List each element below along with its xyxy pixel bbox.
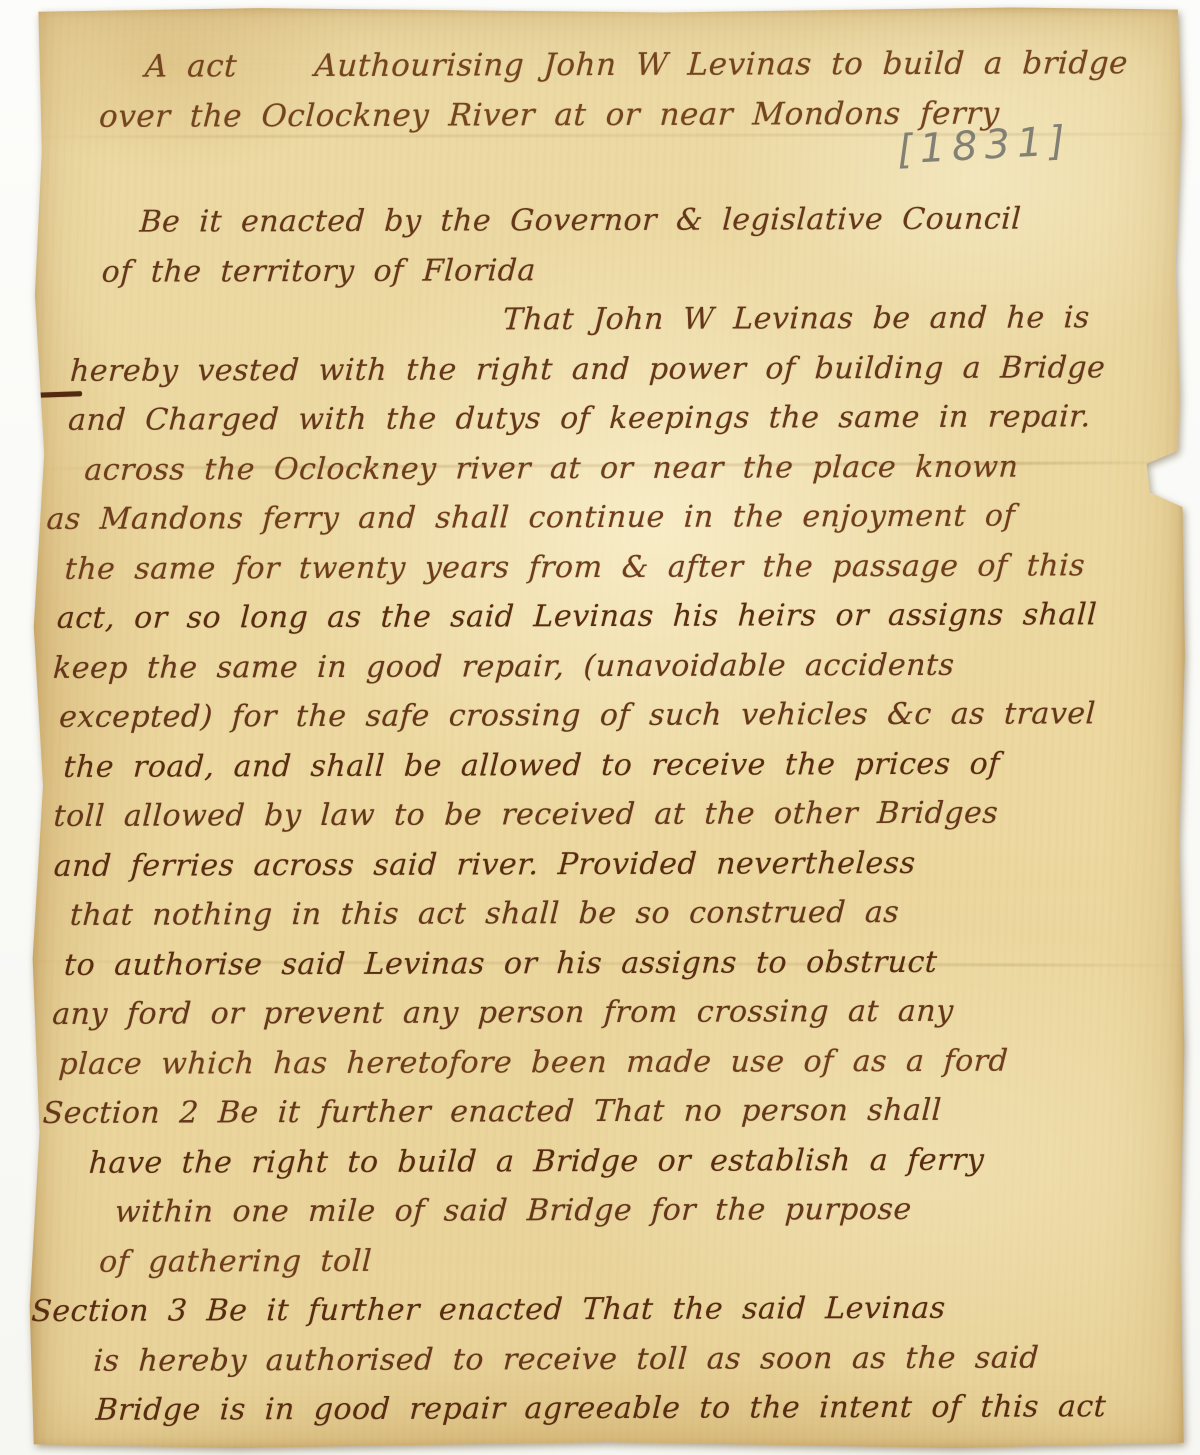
scan-background: A act Authourising John W Levinas to bui… xyxy=(0,0,1200,1455)
manuscript-text-layer: A act Authourising John W Levinas to bui… xyxy=(25,4,1188,1452)
year-annotation-pencil: [1831] xyxy=(896,118,1073,174)
title-line: A act Authourising John W Levinas to bui… xyxy=(26,38,1186,92)
manuscript-line: of gathering toll xyxy=(30,1233,1190,1287)
manuscript-body: Be it enacted by the Governor & legislat… xyxy=(26,194,1188,1436)
manuscript-line: is hereby authorised to receive toll as … xyxy=(30,1332,1190,1386)
manuscript-line: the same for twenty years from & after t… xyxy=(28,540,1188,594)
manuscript-line: Bridge is in good repair agreeable to th… xyxy=(30,1382,1190,1436)
manuscript-line: toll allowed by law to be received at th… xyxy=(28,788,1188,842)
manuscript-line: place which has heretofore been made use… xyxy=(29,1035,1189,1089)
manuscript-line: hereby vested with the right and power o… xyxy=(27,342,1187,396)
manuscript-line: as Mandons ferry and shall continue in t… xyxy=(27,491,1187,545)
manuscript-line: that nothing in this act shall be so con… xyxy=(29,887,1189,941)
manuscript-line: and Charged with the dutys of keepings t… xyxy=(27,392,1187,446)
manuscript-line: keep the same in good repair, (unavoidab… xyxy=(28,639,1188,693)
manuscript-line: to authorise said Levinas or his assigns… xyxy=(29,936,1189,990)
manuscript-line: any ford or prevent any person from cros… xyxy=(29,986,1189,1040)
manuscript-line: have the right to build a Bridge or esta… xyxy=(30,1134,1190,1188)
manuscript-line: That John W Levinas be and he is xyxy=(27,293,1187,347)
manuscript-page: A act Authourising John W Levinas to bui… xyxy=(28,6,1186,1450)
manuscript-line: Section 3 Be it further enacted That the… xyxy=(30,1283,1190,1337)
manuscript-line: Be it enacted by the Governor & legislat… xyxy=(26,194,1186,248)
manuscript-line: within one mile of said Bridge for the p… xyxy=(30,1184,1190,1238)
manuscript-line: of the territory of Florida xyxy=(26,243,1186,297)
manuscript-line: excepted) for the safe crossing of such … xyxy=(28,689,1188,743)
manuscript-line: and ferries across said river. Provided … xyxy=(29,837,1189,891)
manuscript-line: across the Oclockney river at or near th… xyxy=(27,441,1187,495)
manuscript-page-wrap: A act Authourising John W Levinas to bui… xyxy=(28,6,1186,1450)
manuscript-line: Section 2 Be it further enacted That no … xyxy=(29,1085,1189,1139)
manuscript-line: act, or so long as the said Levinas his … xyxy=(28,590,1188,644)
manuscript-line: the road, and shall be allowed to receiv… xyxy=(28,738,1188,792)
